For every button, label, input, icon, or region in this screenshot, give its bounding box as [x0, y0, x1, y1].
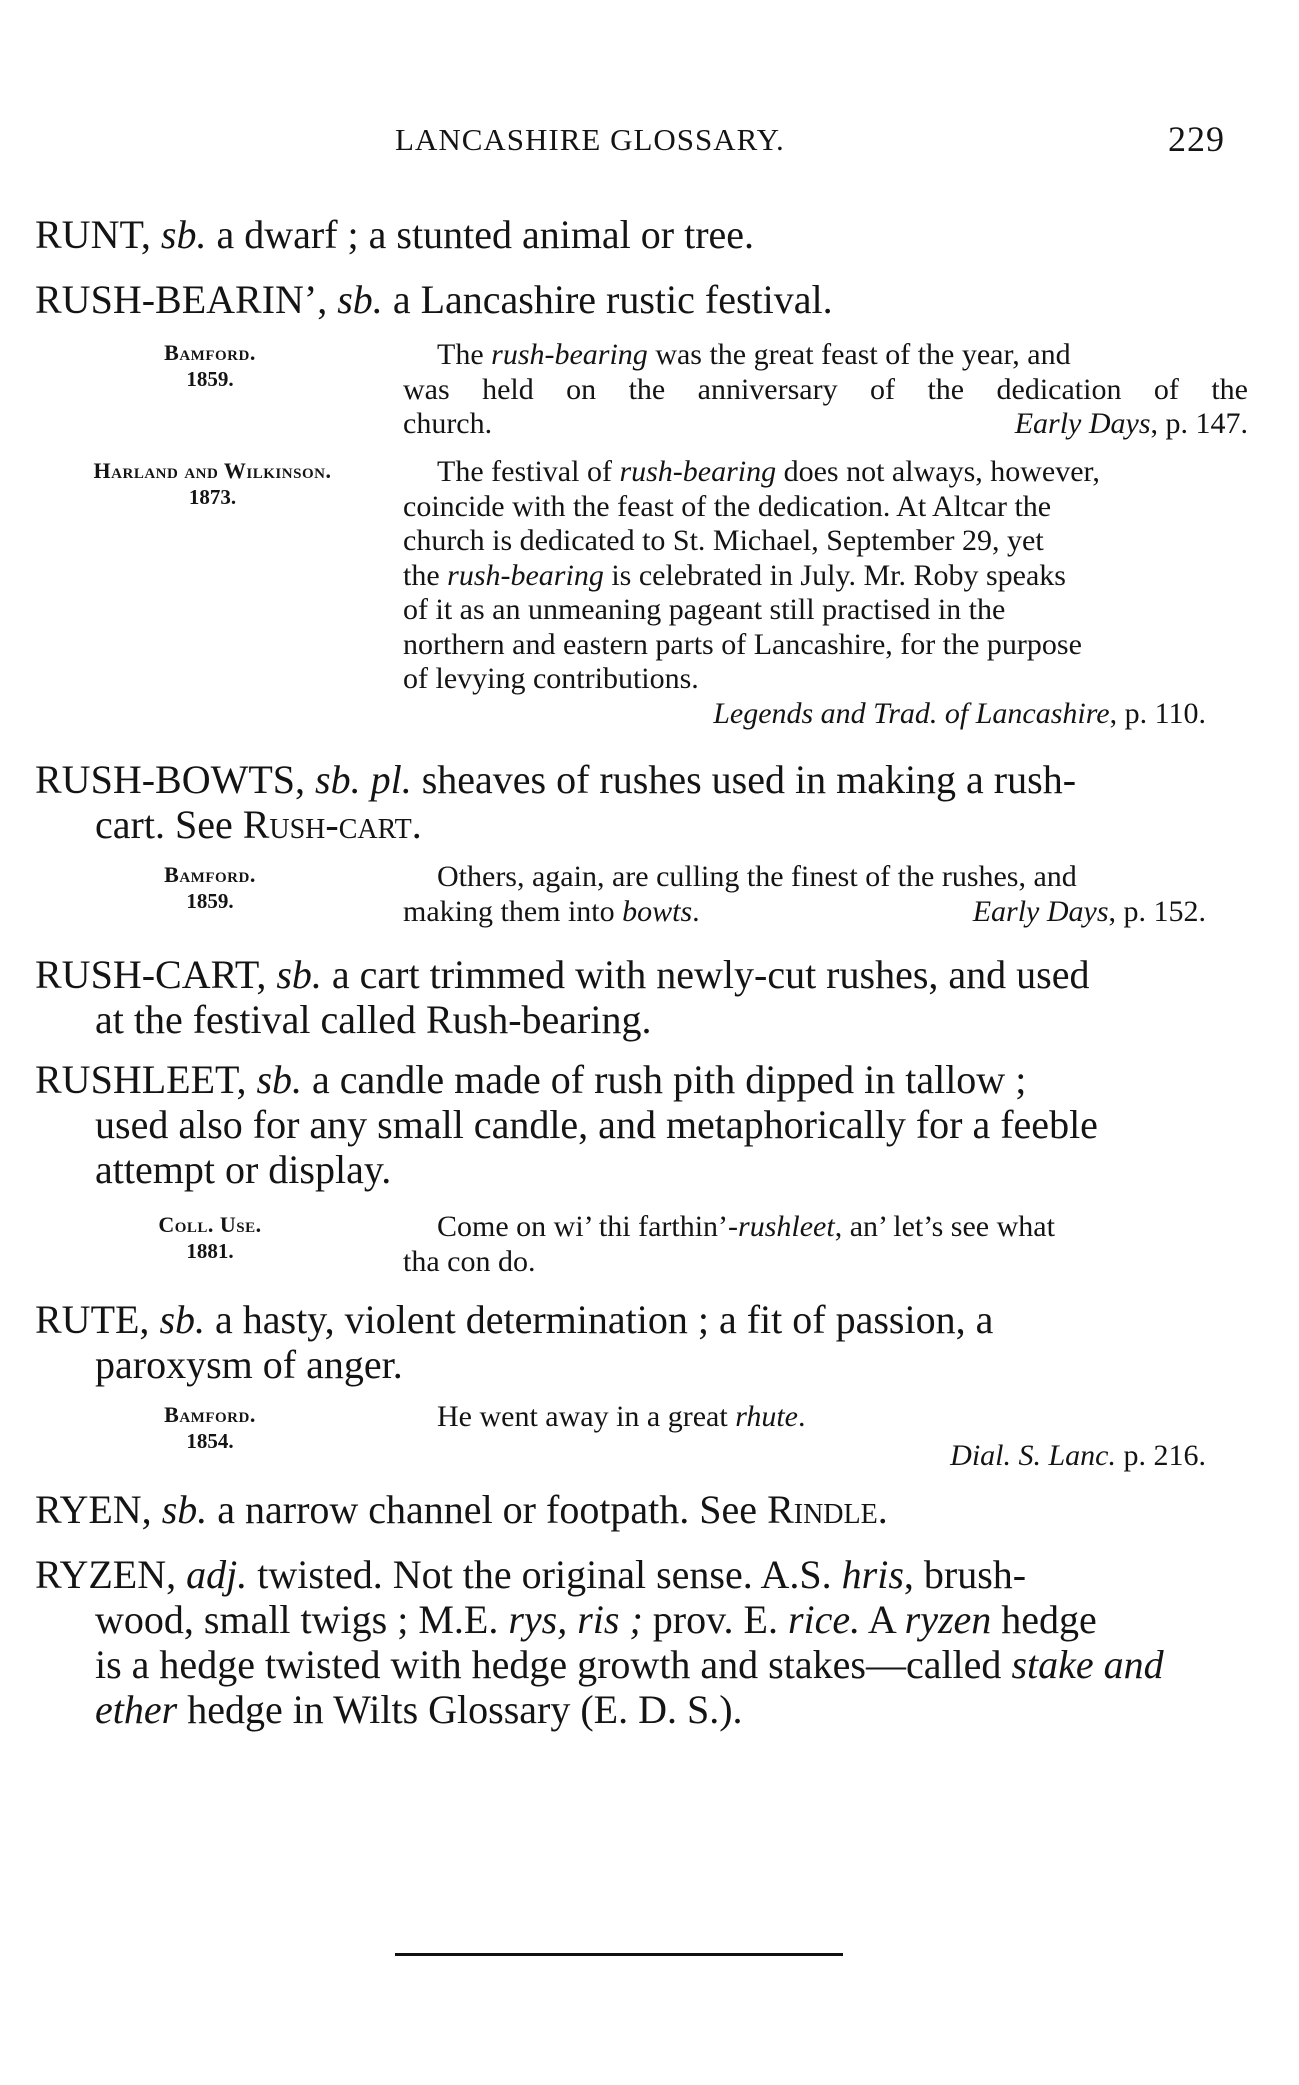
- headword: RUSH-BOWTS,: [35, 757, 305, 802]
- citation-author: Harland and Wilkinson.: [20, 458, 405, 484]
- part-of-speech: sb.: [256, 1057, 302, 1102]
- definition: sheaves of rushes used in making a rush-: [422, 757, 1076, 802]
- glossary-entry-rushleet: RUSHLEET, sb. a candle made of rush pith…: [35, 1057, 1250, 1192]
- citation-year: 1873.: [20, 484, 405, 510]
- headword: RUTE,: [35, 1297, 149, 1342]
- definition: a cart trimmed with newly-cut rushes, an…: [332, 952, 1090, 997]
- headword: RUNT,: [35, 212, 151, 257]
- see-also-link[interactable]: Rindle.: [767, 1487, 888, 1532]
- headword: RUSH-BEARIN’,: [35, 277, 327, 322]
- citation-year: 1859.: [95, 888, 325, 914]
- headword: RYEN,: [35, 1487, 152, 1532]
- part-of-speech: sb. pl.: [315, 757, 412, 802]
- citation-attribution: Bamford. 1854.: [95, 1402, 325, 1454]
- see-also-link[interactable]: Rush-cart.: [243, 802, 422, 847]
- citation-attribution: Bamford. 1859.: [95, 862, 325, 914]
- definition: a Lancashire rustic festival.: [393, 277, 833, 322]
- citation-year: 1859.: [95, 366, 325, 392]
- citation-source: Early Days, p. 147.: [1015, 407, 1248, 442]
- headword: RUSHLEET,: [35, 1057, 246, 1102]
- citation-author: Bamford.: [95, 1402, 325, 1428]
- part-of-speech: sb.: [159, 1297, 205, 1342]
- citation-attribution: Harland and Wilkinson. 1873.: [20, 458, 405, 510]
- part-of-speech: sb.: [162, 1487, 208, 1532]
- citation-author: Bamford.: [95, 862, 325, 888]
- glossary-entry-ryzen: RYZEN, adj. twisted. Not the original se…: [35, 1552, 1250, 1732]
- headword: RYZEN,: [35, 1552, 176, 1597]
- glossary-entry-rush-cart: RUSH-CART, sb. a cart trimmed with newly…: [35, 952, 1250, 1042]
- glossary-entry-ryen: RYEN, sb. a narrow channel or footpath. …: [35, 1487, 1250, 1532]
- part-of-speech: sb.: [276, 952, 322, 997]
- citation-year: 1881.: [95, 1238, 325, 1264]
- part-of-speech: adj.: [186, 1552, 247, 1597]
- citation-source: Dial. S. Lanc. p. 216.: [403, 1439, 1248, 1474]
- citation-quote: Others, again, are culling the finest of…: [403, 860, 1248, 929]
- citation-quote: The rush-bearing was the great feast of …: [403, 338, 1248, 442]
- citation-author: Coll. Use.: [95, 1212, 325, 1238]
- glossary-entry-runt: RUNT, sb. a dwarf ; a stunted animal or …: [35, 212, 1250, 257]
- citation-quote: The festival of rush-bearing does not al…: [403, 455, 1248, 731]
- citation-attribution: Bamford. 1859.: [95, 340, 325, 392]
- citation-attribution: Coll. Use. 1881.: [95, 1212, 325, 1264]
- definition: a dwarf ; a stunted animal or tree.: [217, 212, 755, 257]
- headword: RUSH-CART,: [35, 952, 266, 997]
- definition: a hasty, violent determination ; a fit o…: [215, 1297, 993, 1342]
- glossary-entry-rush-bearin: RUSH-BEARIN’, sb. a Lancashire rustic fe…: [35, 277, 1250, 322]
- running-header-title: LANCASHIRE GLOSSARY.: [395, 122, 895, 158]
- citation-source: Legends and Trad. of Lancashire, p. 110.: [403, 697, 1248, 732]
- citation-quote: Come on wi’ thi farthin’-rushleet, an’ l…: [403, 1210, 1248, 1279]
- footer-rule-divider: [395, 1953, 843, 1956]
- part-of-speech: sb.: [337, 277, 383, 322]
- definition: a candle made of rush pith dipped in tal…: [312, 1057, 1026, 1102]
- definition: a narrow channel or footpath. See: [217, 1487, 767, 1532]
- citation-quote: He went away in a great rhute. Dial. S. …: [403, 1400, 1248, 1473]
- glossary-entry-rush-bowts: RUSH-BOWTS, sb. pl. sheaves of rushes us…: [35, 757, 1250, 847]
- part-of-speech: sb.: [161, 212, 207, 257]
- citation-author: Bamford.: [95, 340, 325, 366]
- glossary-entry-rute: RUTE, sb. a hasty, violent determination…: [35, 1297, 1250, 1387]
- page-number: 229: [1168, 118, 1225, 160]
- citation-year: 1854.: [95, 1428, 325, 1454]
- citation-source: Early Days, p. 152.: [973, 895, 1248, 930]
